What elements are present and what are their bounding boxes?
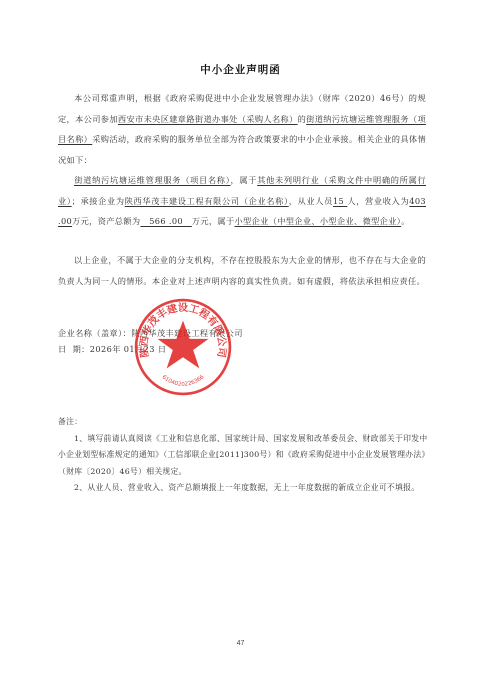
document-title: 中小企业声明函 <box>0 62 481 77</box>
date-label: 日 期： <box>58 344 90 354</box>
company-seal-stamp: 陕西华茂丰建设工程有限公司 6104020226366 <box>132 296 234 398</box>
note-item-2: 2、从业人员、营业收入、资产总额填报上一年度数据，无上一年度数据的新成立企业可不… <box>58 480 428 497</box>
note-text: 2、从业人员、营业收入、资产总额填报上一年度数据，无上一年度数据的新成立企业可不… <box>74 483 419 492</box>
employee-count: 15 <box>333 196 347 206</box>
declaration-tail: 采购活动，政府采购的服务单位全部为符合政策要求的中小企业承接。相关企业的具体情况… <box>58 134 426 165</box>
purchaser-name: 西安市未央区建章路街道办事处（采购人名称） <box>118 114 298 124</box>
text-segment: 人，营业收入为 <box>347 196 409 206</box>
enterprise-size: 小型企业（中型企业、小型企业、微型企业） <box>235 216 402 226</box>
company-label: 企业名称（盖章）： <box>58 328 131 338</box>
text-segment: 。 <box>401 216 410 226</box>
liability-text: 以上企业，不属于大企业的分支机构，不存在控股股东为大企业的情形，也不存在与大企业… <box>58 255 426 286</box>
assets-value: 566 .00 <box>140 216 191 226</box>
star-icon <box>158 320 209 368</box>
enterprise-details-paragraph: 街道纳污坑塘运维管理服务（项目名称），属于其他未列明行业（采购文件中明确的所属行… <box>58 170 426 232</box>
note-item-1: 1、填写前请认真阅读《工业和信息化部、国家统计局、国家发展和改革委员会、财政部关… <box>58 431 428 481</box>
text-segment: ；承接企业为 <box>72 196 125 206</box>
declaration-paragraph: 本公司郑重声明，根据《政府采购促进中小企业发展管理办法》（财库（2020）46号… <box>58 88 426 170</box>
project-name-2: 街道纳污坑塘运维管理服务（项目名称） <box>74 175 231 185</box>
text-segment: ，属于 <box>231 175 258 185</box>
connector-text: 的 <box>298 114 307 124</box>
notes-section: 备注： 1、填写前请认真阅读《工业和信息化部、国家统计局、国家发展和改革委员会、… <box>58 414 428 497</box>
text-segment: ，从业人员 <box>289 196 333 206</box>
text-segment: 万元，资产总额为 <box>72 216 140 226</box>
notes-heading: 备注： <box>58 414 428 431</box>
text-segment: 万元，属于 <box>192 216 235 226</box>
company-name: 陕西华茂丰建设工程有限公司（企业名称） <box>125 196 289 206</box>
svg-text:6104020226366: 6104020226366 <box>161 374 206 388</box>
liability-paragraph: 以上企业，不属于大企业的分支机构，不存在控股股东为大企业的情形，也不存在与大企业… <box>58 250 426 291</box>
page-number: 47 <box>0 640 481 647</box>
document-page: 中小企业声明函 本公司郑重声明，根据《政府采购促进中小企业发展管理办法》（财库（… <box>0 0 481 673</box>
note-text: 1、填写前请认真阅读《工业和信息化部、国家统计局、国家发展和改革委员会、财政部关… <box>58 434 427 476</box>
